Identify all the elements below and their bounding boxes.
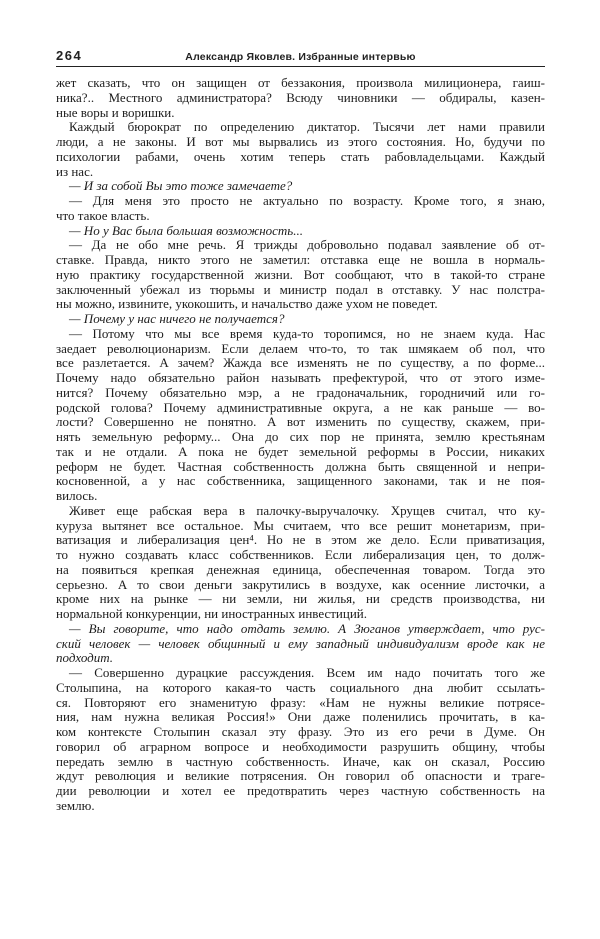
- text-line: кроме них на рынке — ни земли, ни жилья,…: [56, 592, 545, 607]
- text-line: Почему надо обязательно район называть п…: [56, 371, 545, 386]
- text-line: ватизация и либерализация цен⁴. Но не в …: [56, 533, 545, 548]
- text-line: — Потому что мы все время куда-то торопи…: [56, 327, 545, 342]
- text-line: Живет еще рабская вера в палочку-выручал…: [56, 504, 545, 519]
- text-line: ния, нам нужна великая Россия!» Они даже…: [56, 710, 545, 725]
- text-line: — И за собой Вы это тоже замечаете?: [56, 179, 545, 194]
- text-line: заедает революционаризм. Если делаем что…: [56, 342, 545, 357]
- text-line: ную практику государственной жизни. Вот …: [56, 268, 545, 283]
- text-line: косновенной, а у нас собственника, защищ…: [56, 474, 545, 489]
- book-page: 264 Александр Яковлев. Избранные интервь…: [0, 0, 600, 939]
- text-line: ны можно, извините, укокошить, и начальс…: [56, 297, 545, 312]
- text-line: нормальной конкуренции, ни иностранных и…: [56, 607, 545, 622]
- text-paragraph: — Для меня это просто не актуально по во…: [56, 194, 545, 224]
- text-paragraph: — Совершенно дурацкие рассуждения. Всем …: [56, 666, 545, 814]
- text-line: ные воры и воришки.: [56, 106, 545, 121]
- text-line: Каждый бюрократ по определению диктатор.…: [56, 120, 545, 135]
- text-line: куруза вытянет все остальное. Мы считаем…: [56, 519, 545, 534]
- text-line: из нас.: [56, 165, 545, 180]
- text-paragraph: Живет еще рабская вера в палочку-выручал…: [56, 504, 545, 622]
- text-line: жет сказать, что он защищен от беззакони…: [56, 76, 545, 91]
- text-line: серьезно. А то свои деньги закрутились в…: [56, 578, 545, 593]
- text-line: землю.: [56, 799, 545, 814]
- text-line: заключенный убежал из тюрьмы и министр п…: [56, 283, 545, 298]
- text-line: вилось.: [56, 489, 545, 504]
- text-line: ставке. Правда, никто этого не заметил: …: [56, 253, 545, 268]
- text-line: на появиться крепкая денежная единица, о…: [56, 563, 545, 578]
- text-line: все разлетается. А зачем? Жажда все изме…: [56, 356, 545, 371]
- text-line: Столыпина, на которого какая-то часть со…: [56, 681, 545, 696]
- text-line: психологии рабами, очень хотим теперь ст…: [56, 150, 545, 165]
- text-line: — Для меня это просто не актуально по во…: [56, 194, 545, 209]
- text-line: — Совершенно дурацкие рассуждения. Всем …: [56, 666, 545, 681]
- text-line: реформ не будет. Частная собственность д…: [56, 460, 545, 475]
- text-paragraph: — Да не обо мне речь. Я трижды доброволь…: [56, 238, 545, 312]
- interview-question-paragraph: — И за собой Вы это тоже замечаете?: [56, 179, 545, 194]
- text-line: — Почему у нас ничего не получается?: [56, 312, 545, 327]
- text-line: то нужно создавать класс собственников. …: [56, 548, 545, 563]
- text-paragraph: жет сказать, что он защищен от беззакони…: [56, 76, 545, 120]
- text-line: родской голова? Почему административные …: [56, 401, 545, 416]
- text-line: лости? Совершенно не понятно. А вот изме…: [56, 415, 545, 430]
- text-line: так и не отдали. А пока не будет земельн…: [56, 445, 545, 460]
- text-line: передать землю в частную собственность. …: [56, 755, 545, 770]
- text-line: что такое власть.: [56, 209, 545, 224]
- text-line: ский человек — человек общинный и ему за…: [56, 637, 545, 652]
- text-line: люди, а не законы. И вот мы вырвались из…: [56, 135, 545, 150]
- text-line: нять земельную реформу... Она до сих пор…: [56, 430, 545, 445]
- text-line: ком контексте Столыпин сказал эту фразу.…: [56, 725, 545, 740]
- page-body: жет сказать, что он защищен от беззакони…: [56, 76, 545, 814]
- text-line: — Но у Вас была большая возможность...: [56, 224, 545, 239]
- text-line: говорил об аграрном вопросе и необходимо…: [56, 740, 545, 755]
- interview-question-paragraph: — Вы говорите, что надо отдать землю. А …: [56, 622, 545, 666]
- text-line: ся. Повторяют его знаменитую фразу: «Нам…: [56, 696, 545, 711]
- text-line: подходит.: [56, 651, 545, 666]
- text-line: дии революции и хотел ее предотвратить ч…: [56, 784, 545, 799]
- text-paragraph: — Потому что мы все время куда-то торопи…: [56, 327, 545, 504]
- interview-question-paragraph: — Но у Вас была большая возможность...: [56, 224, 545, 239]
- text-line: — Вы говорите, что надо отдать землю. А …: [56, 622, 545, 637]
- running-title: Александр Яковлев. Избранные интервью: [56, 51, 545, 63]
- text-line: нится? Почему обязательно мэр, а не град…: [56, 386, 545, 401]
- header-rule: [56, 66, 545, 67]
- text-line: — Да не обо мне речь. Я трижды доброволь…: [56, 238, 545, 253]
- text-paragraph: Каждый бюрократ по определению диктатор.…: [56, 120, 545, 179]
- text-line: ника?.. Местного администратора? Всюду ч…: [56, 91, 545, 106]
- interview-question-paragraph: — Почему у нас ничего не получается?: [56, 312, 545, 327]
- text-line: ждут революция и великие потрясения. Он …: [56, 769, 545, 784]
